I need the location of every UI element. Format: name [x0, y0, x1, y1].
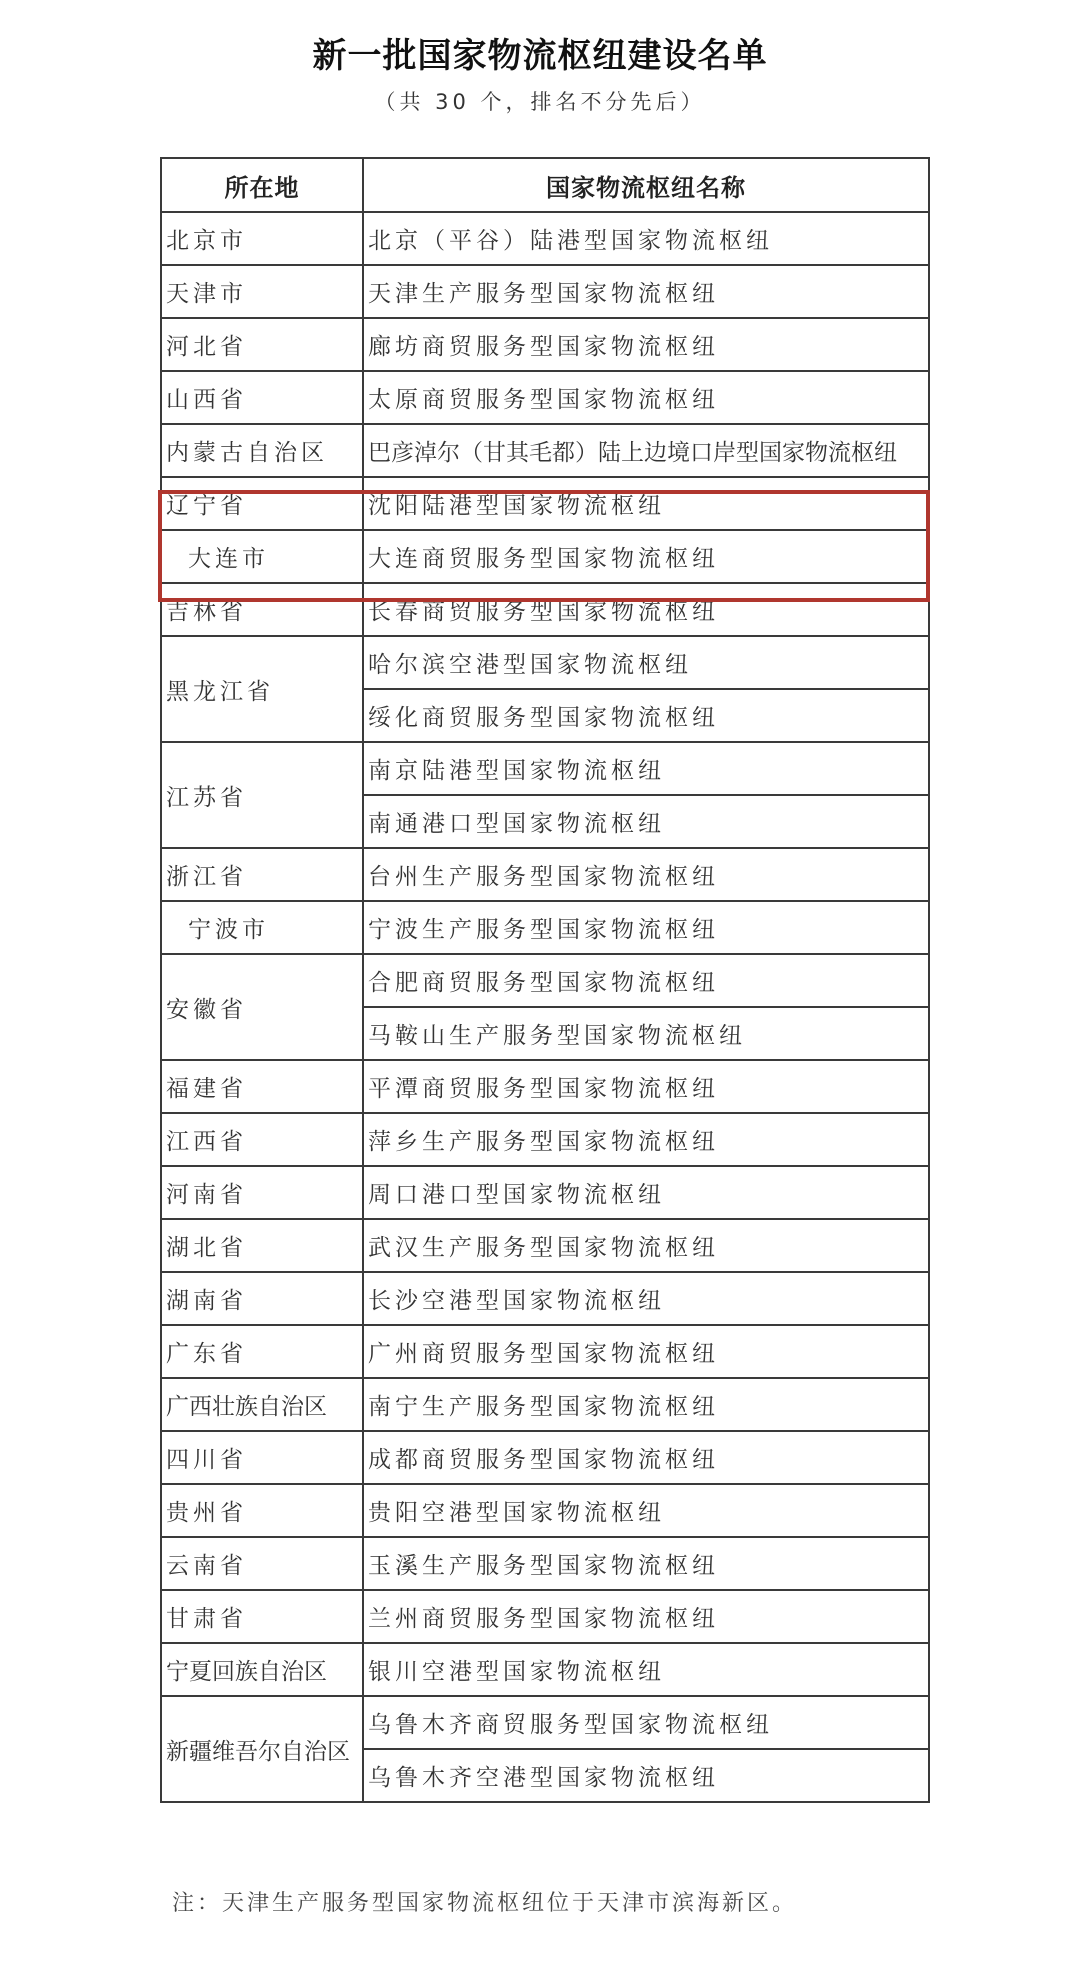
table-body: 北京市北京（平谷）陆港型国家物流枢纽天津市天津生产服务型国家物流枢纽河北省廊坊商… [161, 212, 929, 1802]
hub-name-cell: 银川空港型国家物流枢纽 [363, 1643, 929, 1696]
location-cell: 黑龙江省 [161, 636, 363, 742]
hub-name-cell: 玉溪生产服务型国家物流枢纽 [363, 1537, 929, 1590]
location-cell: 福建省 [161, 1060, 363, 1113]
hub-name-cell: 哈尔滨空港型国家物流枢纽 [363, 636, 929, 689]
location-cell: 山西省 [161, 371, 363, 424]
hub-name-cell: 天津生产服务型国家物流枢纽 [363, 265, 929, 318]
location-cell: 湖北省 [161, 1219, 363, 1272]
hub-name-cell: 武汉生产服务型国家物流枢纽 [363, 1219, 929, 1272]
table-row: 广东省广州商贸服务型国家物流枢纽 [161, 1325, 929, 1378]
hub-name-cell: 太原商贸服务型国家物流枢纽 [363, 371, 929, 424]
table-row: 宁夏回族自治区银川空港型国家物流枢纽 [161, 1643, 929, 1696]
location-cell: 河北省 [161, 318, 363, 371]
table-row: 四川省成都商贸服务型国家物流枢纽 [161, 1431, 929, 1484]
table-row: 河北省廊坊商贸服务型国家物流枢纽 [161, 318, 929, 371]
table-row: 辽宁省沈阳陆港型国家物流枢纽 [161, 477, 929, 530]
hub-name-cell: 乌鲁木齐空港型国家物流枢纽 [363, 1749, 929, 1802]
hub-name-cell: 兰州商贸服务型国家物流枢纽 [363, 1590, 929, 1643]
location-cell: 内蒙古自治区 [161, 424, 363, 477]
location-cell: 贵州省 [161, 1484, 363, 1537]
table-row: 山西省太原商贸服务型国家物流枢纽 [161, 371, 929, 424]
location-cell: 甘肃省 [161, 1590, 363, 1643]
table-row: 湖北省武汉生产服务型国家物流枢纽 [161, 1219, 929, 1272]
hub-name-cell: 成都商贸服务型国家物流枢纽 [363, 1431, 929, 1484]
hub-name-cell: 马鞍山生产服务型国家物流枢纽 [363, 1007, 929, 1060]
table-row: 贵州省贵阳空港型国家物流枢纽 [161, 1484, 929, 1537]
table-row: 甘肃省兰州商贸服务型国家物流枢纽 [161, 1590, 929, 1643]
table-row: 江西省萍乡生产服务型国家物流枢纽 [161, 1113, 929, 1166]
location-cell: 宁波市 [161, 901, 363, 954]
table-row: 安徽省合肥商贸服务型国家物流枢纽 [161, 954, 929, 1007]
location-cell: 浙江省 [161, 848, 363, 901]
location-cell: 吉林省 [161, 583, 363, 636]
location-cell: 天津市 [161, 265, 363, 318]
hub-name-cell: 南京陆港型国家物流枢纽 [363, 742, 929, 795]
location-cell: 四川省 [161, 1431, 363, 1484]
table-row: 吉林省长春商贸服务型国家物流枢纽 [161, 583, 929, 636]
location-cell: 大连市 [161, 530, 363, 583]
table-row: 云南省玉溪生产服务型国家物流枢纽 [161, 1537, 929, 1590]
hub-name-cell: 南通港口型国家物流枢纽 [363, 795, 929, 848]
table-row: 浙江省台州生产服务型国家物流枢纽 [161, 848, 929, 901]
location-cell: 湖南省 [161, 1272, 363, 1325]
table-row: 湖南省长沙空港型国家物流枢纽 [161, 1272, 929, 1325]
table-row: 江苏省南京陆港型国家物流枢纽 [161, 742, 929, 795]
document-title: 新一批国家物流枢纽建设名单 [0, 28, 1080, 77]
hub-name-cell: 长沙空港型国家物流枢纽 [363, 1272, 929, 1325]
table-row: 福建省平潭商贸服务型国家物流枢纽 [161, 1060, 929, 1113]
hub-name-cell: 绥化商贸服务型国家物流枢纽 [363, 689, 929, 742]
footnote: 注：天津生产服务型国家物流枢纽位于天津市滨海新区。 [172, 1886, 797, 1917]
hub-name-cell: 广州商贸服务型国家物流枢纽 [363, 1325, 929, 1378]
location-cell: 江西省 [161, 1113, 363, 1166]
location-cell: 广西壮族自治区 [161, 1378, 363, 1431]
hub-name-cell: 合肥商贸服务型国家物流枢纽 [363, 954, 929, 1007]
hub-name-cell: 北京（平谷）陆港型国家物流枢纽 [363, 212, 929, 265]
table-row: 河南省周口港口型国家物流枢纽 [161, 1166, 929, 1219]
hub-name-cell: 沈阳陆港型国家物流枢纽 [363, 477, 929, 530]
column-header-hub-name: 国家物流枢纽名称 [363, 158, 929, 212]
hub-name-cell: 宁波生产服务型国家物流枢纽 [363, 901, 929, 954]
table-row: 内蒙古自治区巴彦淖尔（甘其毛都）陆上边境口岸型国家物流枢纽 [161, 424, 929, 477]
hub-name-cell: 贵阳空港型国家物流枢纽 [363, 1484, 929, 1537]
hub-name-cell: 南宁生产服务型国家物流枢纽 [363, 1378, 929, 1431]
table-row: 大连市大连商贸服务型国家物流枢纽 [161, 530, 929, 583]
hub-name-cell: 周口港口型国家物流枢纽 [363, 1166, 929, 1219]
location-cell: 河南省 [161, 1166, 363, 1219]
table-row: 广西壮族自治区南宁生产服务型国家物流枢纽 [161, 1378, 929, 1431]
location-cell: 江苏省 [161, 742, 363, 848]
table-header-row: 所在地 国家物流枢纽名称 [161, 158, 929, 212]
hub-name-cell: 萍乡生产服务型国家物流枢纽 [363, 1113, 929, 1166]
table-row: 黑龙江省哈尔滨空港型国家物流枢纽 [161, 636, 929, 689]
hub-name-cell: 平潭商贸服务型国家物流枢纽 [363, 1060, 929, 1113]
column-header-location: 所在地 [161, 158, 363, 212]
document-subtitle: （共 30 个，排名不分先后） [0, 86, 1080, 116]
hub-name-cell: 大连商贸服务型国家物流枢纽 [363, 530, 929, 583]
location-cell: 新疆维吾尔自治区 [161, 1696, 363, 1802]
table-row: 新疆维吾尔自治区乌鲁木齐商贸服务型国家物流枢纽 [161, 1696, 929, 1749]
location-cell: 云南省 [161, 1537, 363, 1590]
location-cell: 辽宁省 [161, 477, 363, 530]
location-cell: 安徽省 [161, 954, 363, 1060]
location-cell: 宁夏回族自治区 [161, 1643, 363, 1696]
hub-name-cell: 乌鲁木齐商贸服务型国家物流枢纽 [363, 1696, 929, 1749]
location-cell: 北京市 [161, 212, 363, 265]
table-row: 宁波市宁波生产服务型国家物流枢纽 [161, 901, 929, 954]
table-row: 天津市天津生产服务型国家物流枢纽 [161, 265, 929, 318]
hub-name-cell: 巴彦淖尔（甘其毛都）陆上边境口岸型国家物流枢纽 [363, 424, 929, 477]
table-row: 北京市北京（平谷）陆港型国家物流枢纽 [161, 212, 929, 265]
hub-name-cell: 台州生产服务型国家物流枢纽 [363, 848, 929, 901]
hub-name-cell: 长春商贸服务型国家物流枢纽 [363, 583, 929, 636]
hub-list-table: 所在地 国家物流枢纽名称 北京市北京（平谷）陆港型国家物流枢纽天津市天津生产服务… [160, 157, 930, 1803]
hub-name-cell: 廊坊商贸服务型国家物流枢纽 [363, 318, 929, 371]
location-cell: 广东省 [161, 1325, 363, 1378]
